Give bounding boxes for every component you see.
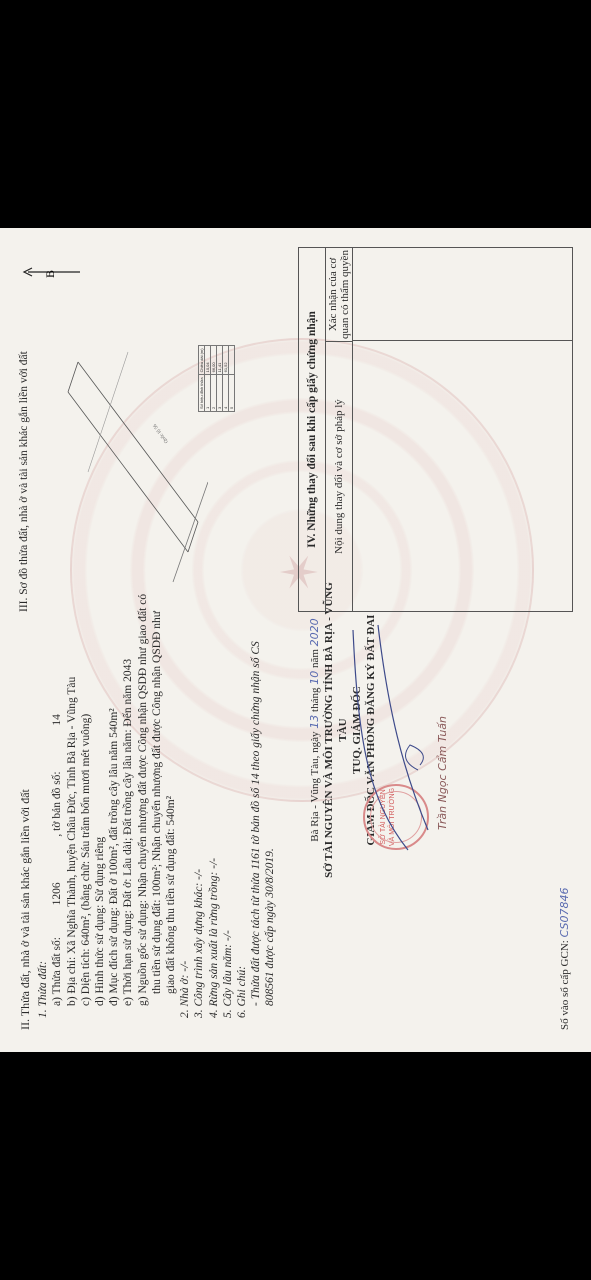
land-heading: 1. Thửa đất:: [36, 630, 50, 1030]
construction-line: 3. Công trình xây dựng khác: -/-: [192, 630, 206, 1030]
note-line-2: 808561 được cấp ngày 30/8/2019.: [263, 630, 277, 1030]
note-line-1: - Thửa đất được tách từ thửa 1161 tờ bản…: [249, 630, 263, 1030]
year-value: 2020: [308, 618, 321, 646]
month-value: 10: [308, 671, 321, 685]
vertex-length-table: Số hiệu đỉnh thửaChiều dài (m) 110,04 26…: [198, 345, 235, 412]
perennial-line: 5. Cây lâu năm: -/-: [221, 630, 235, 1030]
parcel-diagram: Quốc lộ 56: [48, 292, 208, 592]
registry-number: Số vào sổ cấp GCN: CS07846: [558, 888, 572, 1030]
parcel-line: a) Thửa đất số: 1206 , tờ bản đồ số: 14: [50, 630, 64, 1030]
place-date: Bà Rịa - Vũng Tàu, ngày 13 tháng 10 năm …: [308, 580, 322, 880]
svg-text:Quốc lộ 56: Quốc lộ 56: [153, 422, 170, 443]
certificate-page: ✶ II. Thửa đất, nhà ở và tài sản khác gắ…: [0, 228, 591, 1052]
section-3-title: III. Sơ đồ thửa đất, nhà ở và tài sản kh…: [18, 351, 30, 612]
origin-line-1: g) Nguồn gốc sử dụng: Nhận chuyển nhượng…: [136, 630, 150, 1030]
section-4-title: IV. Những thay đổi sau khi cấp giấy chứn…: [299, 248, 326, 611]
parcel-number: 1206: [51, 882, 63, 905]
authority-confirmation-header: Xác nhận của cơ quan có thẩm quyền: [325, 248, 353, 341]
section-2-title: II. Thửa đất, nhà ở và tài sản khác gắn …: [18, 630, 32, 1030]
column-divider: [353, 340, 572, 341]
authority: SỞ TÀI NGUYÊN VÀ MÔI TRƯỜNG TỈNH BÀ RỊA …: [322, 580, 350, 880]
forest-line: 4. Rừng sản xuất là rừng trồng: -/-: [207, 630, 221, 1030]
svg-text:B: B: [43, 270, 57, 278]
section-4-table: IV. Những thay đổi sau khi cấp giấy chứn…: [298, 247, 573, 612]
purpose-line: đ) Mục đích sử dụng: Đất ở 100m², đất tr…: [107, 630, 121, 1030]
signature-icon: [348, 620, 448, 860]
changes-content-header: Nội dung thay đổi và cơ sở pháp lý: [325, 341, 353, 611]
day-value: 13: [308, 715, 321, 729]
map-sheet-label: , tờ bản đồ số:: [51, 771, 63, 836]
document-photo: ✶ II. Thửa đất, nhà ở và tài sản khác gắ…: [0, 228, 591, 1052]
origin-line-2: thu tiền sử dụng đất: 100m²; Nhận chuyển…: [150, 630, 164, 1030]
section-2: II. Thửa đất, nhà ở và tài sản khác gắn …: [18, 630, 578, 1030]
north-arrow-icon: B: [22, 262, 82, 282]
address-line: b) Địa chỉ: Xã Nghĩa Thành, huyện Châu Đ…: [65, 630, 79, 1030]
notes-heading: 6. Ghi chú:: [235, 630, 249, 1030]
house-line: 2. Nhà ở: -/-: [178, 630, 192, 1030]
parcel-label: a) Thửa đất số:: [51, 937, 63, 1006]
map-sheet-number: 14: [51, 714, 63, 726]
term-line: e) Thời hạn sử dụng: Đất ở: Lâu dài; Đất…: [121, 630, 135, 1030]
origin-line-3: giao đất không thu tiền sử dụng đất: 540…: [164, 630, 178, 1030]
signer-name: Trần Ngọc Cẩm Tuấn: [436, 630, 450, 830]
use-form-line: d) Hình thức sử dụng: Sử dụng riêng: [93, 630, 107, 1030]
section-3-4: III. Sơ đồ thửa đất, nhà ở và tài sản kh…: [18, 242, 578, 612]
area-line: c) Diện tích: 640m², (bằng chữ: Sáu trăm…: [79, 630, 93, 1030]
